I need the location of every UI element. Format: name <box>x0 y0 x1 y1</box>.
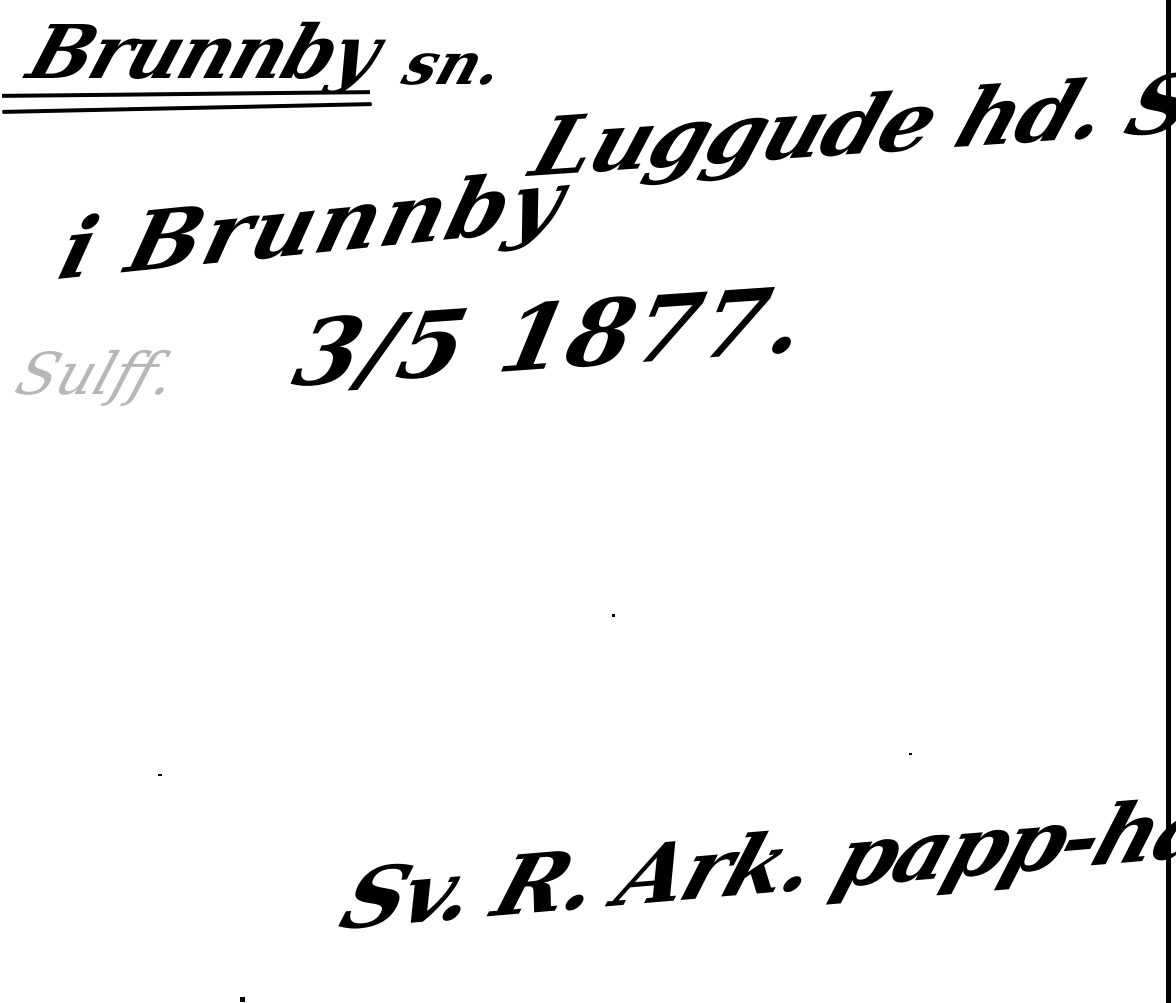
ink-speck <box>158 774 162 776</box>
parish-suffix: sn. <box>395 30 512 98</box>
heading-underline-bottom <box>2 102 372 114</box>
district-label: Luggude hd. Sk. <box>520 50 1176 196</box>
ink-speck <box>612 614 615 617</box>
location-line: i Brunnby <box>50 150 576 299</box>
ink-speck <box>909 753 912 755</box>
pencil-annotation: Sulff. <box>8 340 185 408</box>
record-date: 3/5 1877. <box>285 265 817 408</box>
card-right-edge <box>1166 0 1171 1003</box>
parish-heading: Brunnby <box>18 10 390 96</box>
source-reference: Sv. R. Ark. papp-handl. <box>330 763 1176 949</box>
ink-speck <box>240 997 245 1002</box>
archival-card: Brunnby sn. Luggude hd. Sk. i Brunnby Su… <box>0 0 1176 1003</box>
